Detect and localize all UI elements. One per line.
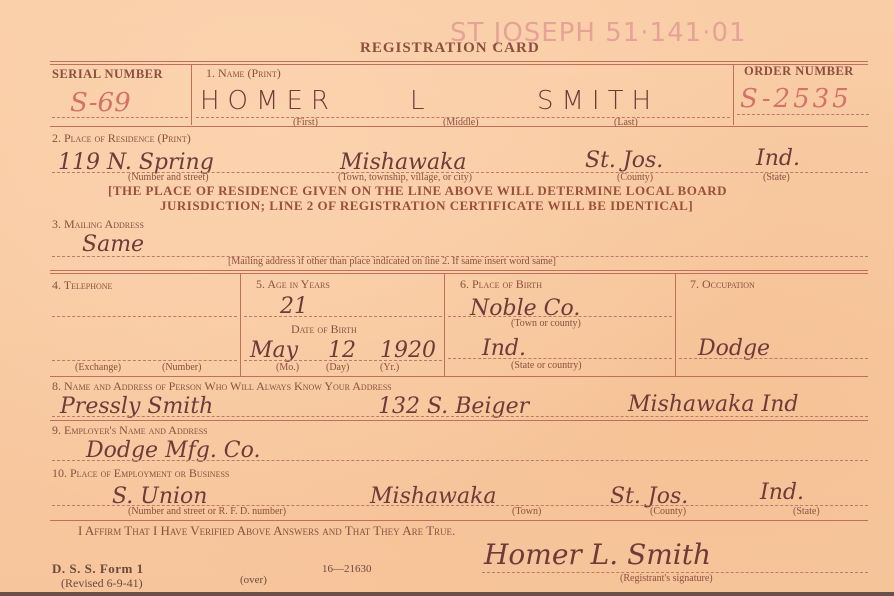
residence-notice-1: [THE PLACE OF RESIDENCE GIVEN ON THE LIN…	[108, 183, 727, 199]
serial-number-value: S-69	[70, 88, 131, 118]
row-rule	[50, 420, 868, 421]
print-code: 16—21630	[322, 563, 372, 575]
row-rule	[50, 376, 868, 377]
contact-person-line	[52, 416, 868, 417]
residence-county: St. Jos.	[585, 148, 663, 173]
employment-place-state: Ind.	[760, 480, 804, 505]
row-rule	[50, 520, 868, 521]
residence-sub-town: (Town, township, village, or city)	[338, 172, 472, 183]
employment-sub-state: (State)	[793, 506, 820, 517]
residence-notice-2: JURISDICTION; LINE 2 OF REGISTRATION CER…	[160, 198, 693, 214]
row-rule-inner	[50, 273, 868, 274]
birthplace-sub-town: (Town or county)	[511, 318, 581, 329]
serial-line	[52, 117, 188, 118]
telephone-sub-number: (Number)	[162, 362, 201, 373]
residence-sub-street: (Number and street)	[128, 172, 209, 183]
mailing-value: Same	[82, 232, 144, 257]
row-rule	[50, 270, 868, 271]
age-line	[244, 316, 442, 317]
divider	[191, 65, 192, 125]
name-middle: L	[410, 86, 433, 116]
employment-place-label: 10. Place of Employment or Business	[52, 466, 229, 481]
telephone-sub-exchange: (Exchange)	[75, 362, 121, 373]
residence-state: Ind.	[756, 146, 800, 171]
age-label: 5. Age in Years	[256, 277, 330, 292]
dob-label: Date of Birth	[291, 322, 357, 337]
card-title: REGISTRATION CARD	[360, 40, 540, 57]
employment-sub-street: (Number and street or R. F. D. number)	[128, 506, 286, 517]
form-number: D. S. S. Form 1	[52, 561, 144, 577]
birthplace-line-2	[448, 358, 672, 359]
birthplace-sub-state: (State or country)	[511, 360, 582, 371]
telephone-line-1	[52, 316, 237, 317]
employment-sub-county: (County)	[650, 506, 686, 517]
employer-line	[52, 460, 868, 461]
signature-sub: (Registrant's signature)	[620, 573, 713, 584]
registration-card: ST JOSEPH 51·141·01 REGISTRATION CARD SE…	[0, 0, 894, 596]
divider	[444, 274, 445, 376]
divider	[240, 274, 241, 376]
occupation-line	[679, 358, 868, 359]
name-label: 1. Name (Print)	[206, 66, 281, 81]
dob-sub-yr: (Yr.)	[380, 362, 399, 373]
telephone-label: 4. Telephone	[52, 278, 112, 293]
card-edge	[0, 592, 894, 596]
telephone-line-2	[52, 360, 237, 361]
registrant-signature: Homer L. Smith	[484, 538, 711, 571]
dob-sub-day: (Day)	[326, 362, 349, 373]
employer-label: 9. Employer's Name and Address	[52, 423, 208, 438]
serial-number-label: SERIAL NUMBER	[52, 67, 163, 82]
divider	[675, 274, 676, 376]
order-line	[737, 114, 869, 115]
mailing-note: [Mailing address if other than place ind…	[228, 256, 556, 267]
employment-sub-town: (Town)	[512, 506, 541, 517]
form-revised: (Revised 6-9-41)	[61, 576, 143, 591]
divider	[733, 65, 734, 125]
residence-sub-county: (County)	[617, 172, 653, 183]
occupation-label: 7. Occupation	[690, 277, 755, 292]
contact-person-label: 8. Name and Address of Person Who Will A…	[52, 379, 392, 394]
affirmation-text: I Affirm That I Have Verified Above Answ…	[78, 523, 455, 539]
order-number-value: S-2535	[740, 84, 852, 114]
residence-label: 2. Place of Residence (Print)	[52, 131, 191, 146]
contact-person-city: Mishawaka Ind	[628, 392, 798, 417]
mailing-label: 3. Mailing Address	[52, 217, 144, 232]
dob-line	[244, 360, 442, 361]
residence-sub-state: (State)	[763, 172, 790, 183]
name-first: HOMER	[200, 86, 337, 116]
birthplace-line-1	[448, 316, 672, 317]
name-last: SMITH	[537, 86, 659, 116]
over-note: (over)	[240, 574, 267, 586]
row-rule	[50, 126, 868, 127]
dob-sub-mo: (Mo.)	[276, 362, 299, 373]
order-number-label: ORDER NUMBER	[744, 64, 854, 79]
top-rule	[50, 61, 868, 62]
birthplace-label: 6. Place of Birth	[460, 277, 542, 292]
